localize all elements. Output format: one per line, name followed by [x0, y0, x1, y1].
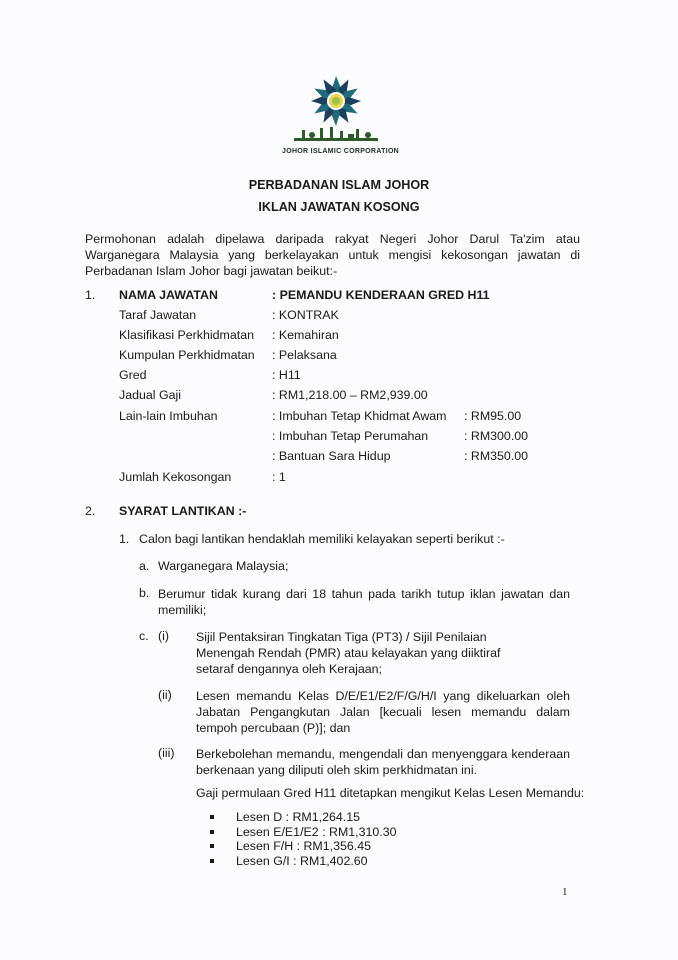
requirement-a-marker: a. [139, 559, 149, 573]
allowance-amount: : RM95.00 [464, 409, 521, 423]
starting-salary-note: Gaji permulaan Gred H11 ditetapkan mengi… [196, 786, 584, 800]
allowance-name: : Imbuhan Tetap Khidmat Awam [272, 409, 447, 423]
service-group-value: : Pelaksana [272, 348, 337, 362]
allowance-amount: : RM300.00 [464, 429, 528, 443]
job-status-value: : KONTRAK [272, 308, 339, 322]
organization-title: PERBADANAN ISLAM JOHOR [0, 178, 678, 192]
salary-schedule-value: : RM1,218.00 – RM2,939.00 [272, 388, 428, 402]
salary-schedule-label: Jadual Gaji [119, 388, 181, 402]
list-item: Lesen E/E1/E2 : RM1,310.30 [222, 825, 397, 840]
arabic-wordmark-icon [290, 126, 382, 146]
service-group-label: Kumpulan Perkhidmatan [119, 348, 255, 362]
allowance-name: : Bantuan Sara Hidup [272, 449, 390, 463]
allowances-label: Lain-lain Imbuhan [119, 409, 218, 423]
section-2-number: 2. [85, 504, 95, 518]
requirement-c-marker: c. [139, 629, 149, 643]
vacancies-value: : 1 [272, 470, 286, 484]
requirement-a-text: Warganegara Malaysia; [158, 559, 288, 573]
list-item: Lesen D : RM1,264.15 [222, 810, 397, 825]
requirement-c-iii-text: Berkebolehan memandu, mengendali dan men… [196, 746, 570, 778]
requirement-c-ii-text: Lesen memandu Kelas D/E/E1/E2/F/G/H/I ya… [196, 688, 570, 736]
service-classification-value: : Kemahiran [272, 328, 339, 342]
requirement-1-text: Calon bagi lantikan hendaklah memiliki k… [139, 532, 505, 546]
document-title: IKLAN JAWATAN KOSONG [0, 200, 678, 214]
grade-label: Gred [119, 368, 147, 382]
requirement-c-ii-marker: (ii) [158, 688, 172, 702]
requirement-b-marker: b. [139, 586, 149, 600]
starting-salary-list: Lesen D : RM1,264.15 Lesen E/E1/E2 : RM1… [222, 810, 397, 868]
requirement-1-number: 1. [119, 532, 129, 546]
requirement-c-i-marker: (i) [158, 629, 169, 643]
requirement-b-text: Berumur tidak kurang dari 18 tahun pada … [158, 586, 570, 618]
section-1-number: 1. [85, 288, 95, 302]
vacancies-label: Jumlah Kekosongan [119, 470, 231, 484]
list-item: Lesen F/H : RM1,356.45 [222, 839, 397, 854]
allowance-name: : Imbuhan Tetap Perumahan [272, 429, 428, 443]
job-status-label: Taraf Jawatan [119, 308, 196, 322]
list-item: Lesen G/I : RM1,402.60 [222, 854, 397, 869]
star-emblem-icon [288, 74, 384, 128]
job-title-value: : PEMANDU KENDERAAN GRED H11 [272, 288, 490, 302]
requirement-c-i-text: Sijil Pentaksiran Tingkatan Tiga (PT3) /… [196, 629, 524, 677]
page-number: 1 [562, 886, 568, 898]
grade-value: : H11 [272, 368, 301, 382]
service-classification-label: Klasifikasi Perkhidmatan [119, 328, 254, 342]
requirement-c-iii-marker: (iii) [158, 746, 175, 760]
logo-latin-text: JOHOR ISLAMIC CORPORATION [282, 148, 386, 155]
johor-islamic-corporation-logo: JOHOR ISLAMIC CORPORATION [288, 74, 384, 160]
allowance-amount: : RM350.00 [464, 449, 528, 463]
section-2-title: SYARAT LANTIKAN :- [119, 504, 246, 518]
intro-paragraph: Permohonan adalah dipelawa daripada raky… [85, 231, 580, 279]
job-title-label: NAMA JAWATAN [119, 288, 218, 302]
